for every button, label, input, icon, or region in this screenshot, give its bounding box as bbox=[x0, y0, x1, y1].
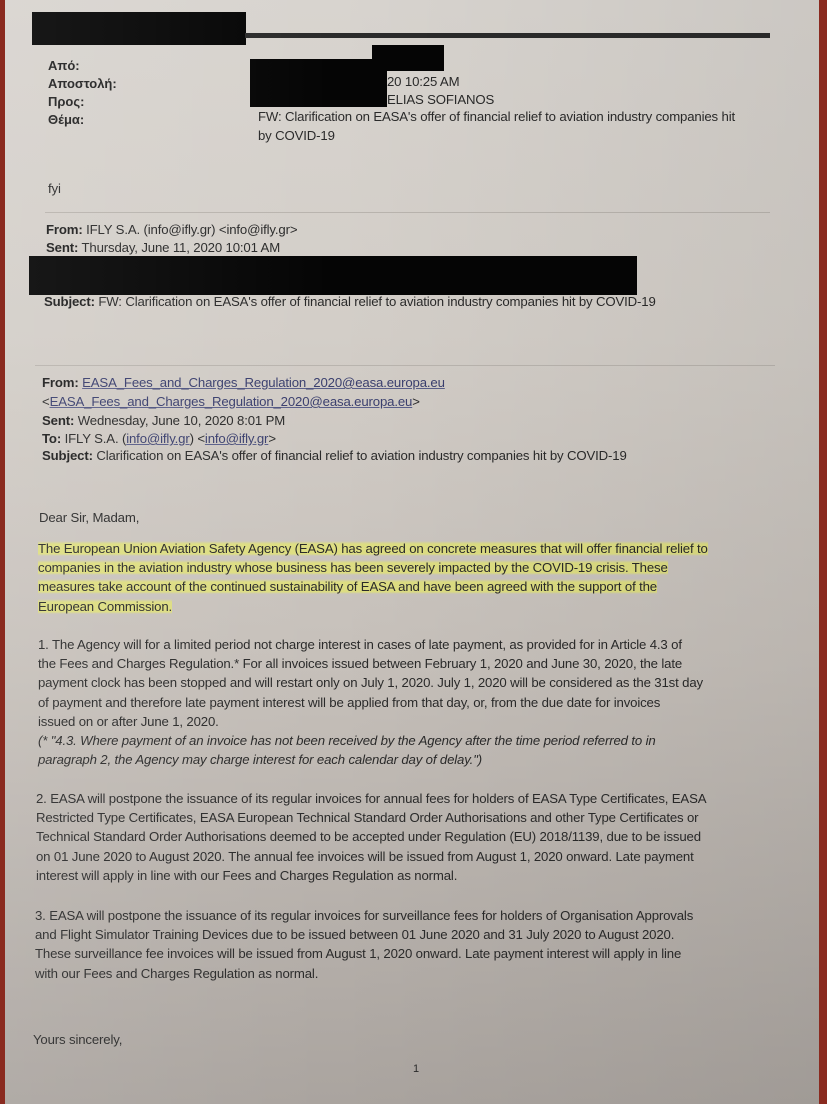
greeting: Dear Sir, Madam, bbox=[39, 508, 139, 527]
forward2-from-email-link-2[interactable]: EASA_Fees_and_Charges_Regulation_2020@ea… bbox=[50, 394, 413, 409]
separator-line-1 bbox=[45, 212, 770, 213]
forward2-from-email-link[interactable]: EASA_Fees_and_Charges_Regulation_2020@ea… bbox=[82, 375, 445, 390]
header-sent-value: 20 10:25 AM bbox=[387, 72, 459, 91]
separator-line-2 bbox=[35, 365, 775, 366]
forward1-sent: Sent: Thursday, June 11, 2020 10:01 AM bbox=[46, 238, 280, 257]
point2-line-3: Technical Standard Order Authorisations … bbox=[36, 827, 796, 846]
header-subject-line2: by COVID-19 bbox=[258, 126, 335, 145]
forward2-sent-value: Wednesday, June 10, 2020 8:01 PM bbox=[78, 413, 285, 428]
redaction-block-sender-name bbox=[32, 12, 246, 45]
intro-line-4: European Commission. bbox=[38, 599, 172, 614]
point2-line-2: Restricted Type Certificates, EASA Europ… bbox=[36, 808, 796, 827]
point3-line-3: These surveillance fee invoices will be … bbox=[35, 944, 795, 963]
point1-line-5: issued on or after June 1, 2020. bbox=[38, 712, 798, 731]
point2-line-5: interest will apply in line with our Fee… bbox=[36, 866, 796, 885]
intro-line-3: measures take account of the continued s… bbox=[38, 579, 657, 594]
forward1-sent-value: Thursday, June 11, 2020 10:01 AM bbox=[82, 240, 281, 255]
forward2-to-mid: ) < bbox=[190, 431, 205, 446]
point-2-paragraph: 2. EASA will postpone the issuance of it… bbox=[36, 789, 796, 885]
forward2-sent: Sent: Wednesday, June 10, 2020 8:01 PM bbox=[42, 411, 285, 430]
forward2-from: From: EASA_Fees_and_Charges_Regulation_2… bbox=[42, 373, 445, 392]
forward2-to-email-link-2[interactable]: info@ifly.gr bbox=[205, 431, 268, 446]
header-rule bbox=[245, 33, 770, 38]
intro-paragraph: The European Union Aviation Safety Agenc… bbox=[38, 539, 798, 616]
forward2-to-name: IFLY S.A. ( bbox=[65, 431, 127, 446]
forward1-from-value: IFLY S.A. (info@ifly.gr) <info@ifly.gr> bbox=[86, 222, 297, 237]
point-3-paragraph: 3. EASA will postpone the issuance of it… bbox=[35, 906, 795, 983]
forward2-subject-label: Subject: bbox=[42, 448, 93, 463]
forward2-to-email-link-1[interactable]: info@ifly.gr bbox=[126, 431, 189, 446]
point3-line-2: and Flight Simulator Training Devices du… bbox=[35, 925, 795, 944]
forward2-from-label: From: bbox=[42, 375, 79, 390]
point1-line-2: the Fees and Charges Regulation.* For al… bbox=[38, 654, 798, 673]
forward2-sent-label: Sent: bbox=[42, 413, 74, 428]
intro-line-1: The European Union Aviation Safety Agenc… bbox=[38, 541, 708, 556]
redaction-block-header-values bbox=[250, 59, 387, 107]
printed-email-page: Από: Αποστολή: Προς: Θέμα: 20 10:25 AM E… bbox=[5, 0, 819, 1104]
label-from-gr: Από: bbox=[48, 57, 80, 75]
forward1-subject-label: Subject: bbox=[44, 294, 95, 309]
forward1-subject-value: FW: Clarification on EASA's offer of fin… bbox=[98, 294, 655, 309]
point1-line-4: of payment and therefore late payment in… bbox=[38, 693, 798, 712]
forward2-from-email-bracketed: <EASA_Fees_and_Charges_Regulation_2020@e… bbox=[42, 392, 420, 411]
point-1-paragraph: 1. The Agency will for a limited period … bbox=[38, 635, 798, 769]
point2-line-4: on 01 June 2020 to August 2020. The annu… bbox=[36, 847, 796, 866]
point1-footnote-line-1: (* "4.3. Where payment of an invoice has… bbox=[38, 731, 798, 750]
forward2-subject: Subject: Clarification on EASA's offer o… bbox=[42, 446, 627, 465]
page-number: 1 bbox=[413, 1063, 419, 1075]
forward2-subject-value: Clarification on EASA's offer of financi… bbox=[96, 448, 626, 463]
intro-line-2: companies in the aviation industry whose… bbox=[38, 560, 668, 575]
point3-line-1: 3. EASA will postpone the issuance of it… bbox=[35, 906, 795, 925]
forward1-sent-label: Sent: bbox=[46, 240, 78, 255]
point1-footnote-line-2: paragraph 2, the Agency may charge inter… bbox=[38, 750, 798, 769]
point1-line-3: payment clock has been stopped and will … bbox=[38, 673, 798, 692]
label-to-gr: Προς: bbox=[48, 93, 84, 111]
header-subject-line1: FW: Clarification on EASA's offer of fin… bbox=[258, 107, 735, 126]
forward1-from: From: IFLY S.A. (info@ifly.gr) <info@ifl… bbox=[46, 220, 297, 239]
forward2-to-end: > bbox=[268, 431, 276, 446]
closing: Yours sincerely, bbox=[33, 1030, 122, 1049]
label-subject-gr: Θέμα: bbox=[48, 111, 84, 129]
label-sent-gr: Αποστολή: bbox=[48, 75, 117, 93]
point2-line-1: 2. EASA will postpone the issuance of it… bbox=[36, 789, 796, 808]
point1-line-1: 1. The Agency will for a limited period … bbox=[38, 635, 798, 654]
forward1-subject: Subject: FW: Clarification on EASA's off… bbox=[44, 292, 656, 311]
point3-line-4: with our Fees and Charges Regulation as … bbox=[35, 964, 795, 983]
redaction-block-forward1-recipients bbox=[29, 256, 637, 295]
bracket-close: > bbox=[412, 394, 420, 409]
forward2-to-label: To: bbox=[42, 431, 61, 446]
bracket-open: < bbox=[42, 394, 50, 409]
forward1-from-label: From: bbox=[46, 222, 83, 237]
forward-note: fyi bbox=[48, 179, 61, 198]
